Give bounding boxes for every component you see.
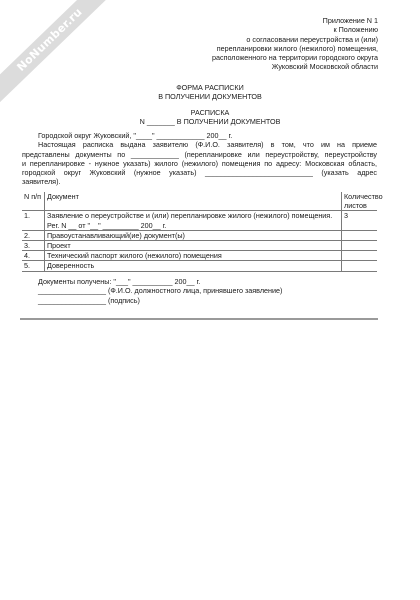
body-line: заявителя). [22, 177, 377, 186]
appendix-line: о согласовании переустройства и (или) [158, 35, 378, 44]
header-sheets: Количество листов [342, 192, 378, 211]
table-row: 5. Доверенность [22, 261, 377, 271]
receipt-body: Городской округ Жуковский, "____" ______… [22, 131, 377, 187]
official-name-line: _________________ (Ф.И.О. должностного л… [38, 286, 358, 295]
signature-line: _________________ (подпись) [38, 296, 358, 305]
table-row: 3. Проект [22, 241, 377, 251]
receipt-title-line: РАСПИСКА [0, 108, 420, 117]
row-number: 3. [22, 241, 45, 251]
row-sheets [342, 251, 378, 261]
received-block: Документы получены: "___" __________ 200… [38, 277, 358, 305]
body-line: Городской округ Жуковский, "____" ______… [22, 131, 377, 140]
table-header-row: N п/п Документ Количество листов [22, 192, 377, 211]
receipt-title-line: N _______ В ПОЛУЧЕНИИ ДОКУМЕНТОВ [0, 117, 420, 126]
row-document: Технический паспорт жилого (нежилого) по… [45, 251, 342, 261]
table-row: 1. Заявление о переустройстве и (или) пе… [22, 211, 377, 230]
appendix-line: Жуковский Московской области [158, 62, 378, 71]
received-line: Документы получены: "___" __________ 200… [38, 277, 358, 286]
row-sheets [342, 230, 378, 240]
table-row: 2. Правоустанавливающий(ие) документ(ы) [22, 230, 377, 240]
row-number: 1. [22, 211, 45, 230]
appendix-header: Приложение N 1 к Положению о согласовани… [158, 16, 378, 72]
appendix-line: перепланировки жилого (нежилого) помещен… [158, 44, 378, 53]
row-document: Проект [45, 241, 342, 251]
header-number: N п/п [22, 192, 45, 211]
row-sheets: 3 [342, 211, 378, 230]
form-title-line: В ПОЛУЧЕНИИ ДОКУМЕНТОВ [0, 92, 420, 101]
section-divider [20, 318, 378, 320]
row-document: Заявление о переустройстве и (или) переп… [45, 211, 342, 230]
form-title-line: ФОРМА РАСПИСКИ [0, 83, 420, 92]
appendix-line: расположенного на территории городского … [158, 53, 378, 62]
appendix-line: к Положению [158, 25, 378, 34]
form-title: ФОРМА РАСПИСКИ В ПОЛУЧЕНИИ ДОКУМЕНТОВ [0, 83, 420, 102]
row-number: 5. [22, 261, 45, 271]
body-line: городской округ Жуковский (нужное указат… [22, 168, 377, 177]
row-document: Правоустанавливающий(ие) документ(ы) [45, 230, 342, 240]
appendix-line: Приложение N 1 [158, 16, 378, 25]
body-line: и перепланировке - нужное указать) жилог… [22, 159, 377, 168]
row-number: 4. [22, 251, 45, 261]
body-line: представлены документы по ____________ (… [22, 150, 377, 159]
documents-table: N п/п Документ Количество листов 1. Заяв… [22, 192, 377, 272]
header-document: Документ [45, 192, 342, 211]
row-sheets [342, 241, 378, 251]
body-line: Настоящая расписка выдана заявителю (Ф.И… [22, 140, 377, 149]
table-row: 4. Технический паспорт жилого (нежилого)… [22, 251, 377, 261]
row-sheets [342, 261, 378, 271]
row-number: 2. [22, 230, 45, 240]
row-document: Доверенность [45, 261, 342, 271]
receipt-title: РАСПИСКА N _______ В ПОЛУЧЕНИИ ДОКУМЕНТО… [0, 108, 420, 127]
